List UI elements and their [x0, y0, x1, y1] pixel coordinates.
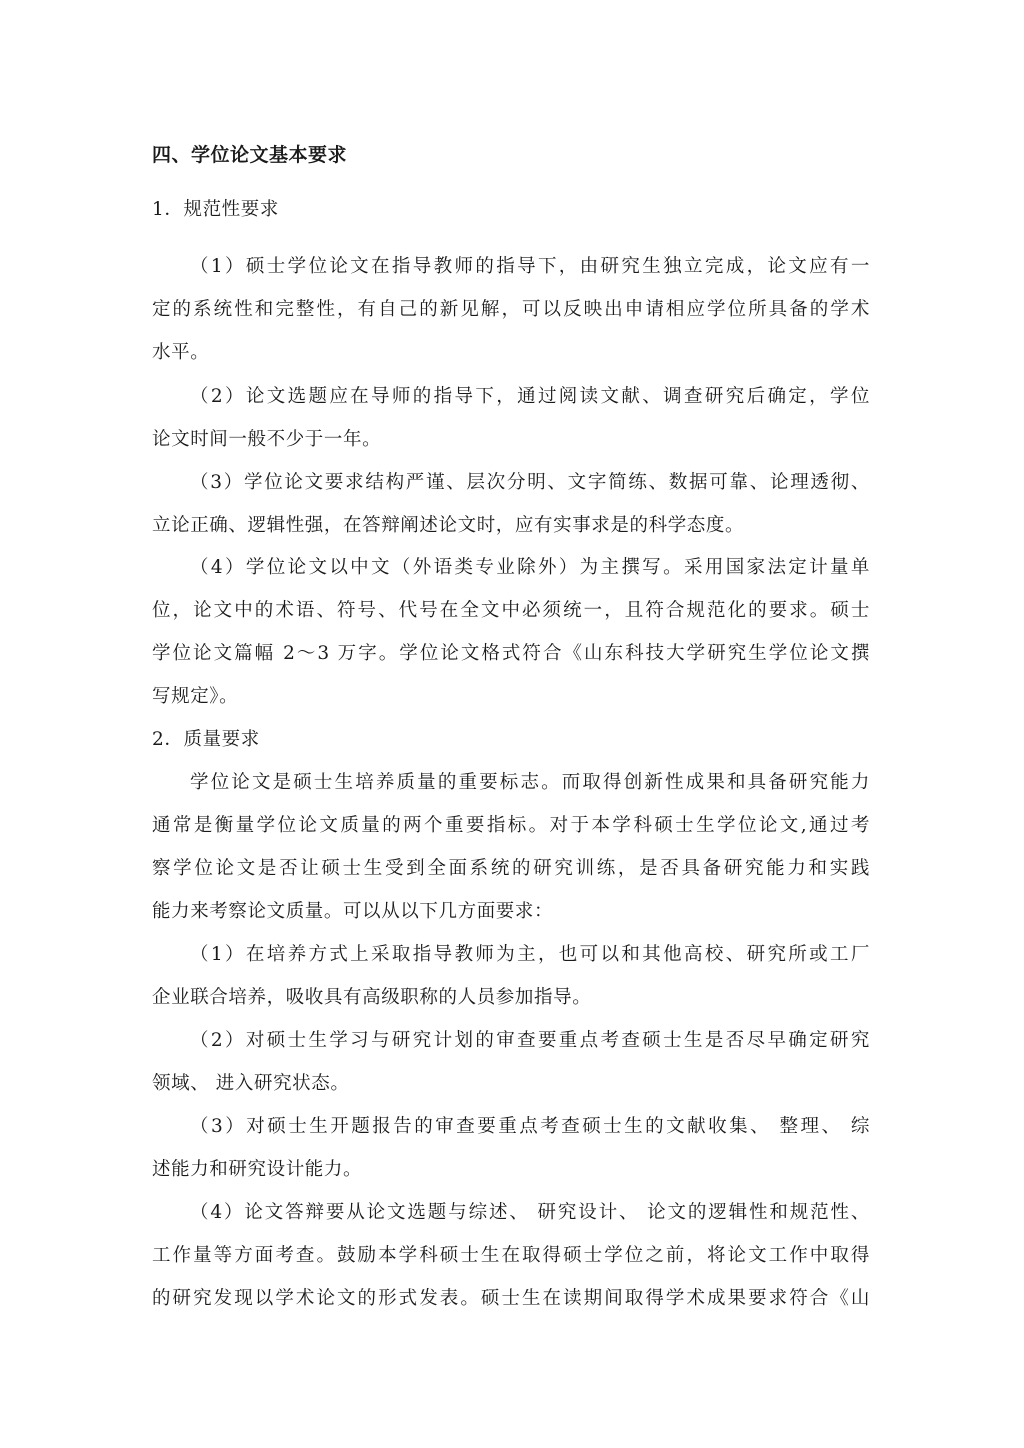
paragraph-line: 能力来考察论文质量。可以从以下几方面要求：: [152, 900, 870, 924]
paragraph-line: （1）在培养方式上采取指导教师为主，也可以和其他高校、研究所或工厂: [152, 943, 870, 967]
paragraph-line: 企业联合培养，吸收具有高级职称的人员参加指导。: [152, 986, 870, 1010]
paragraph-line: 的研究发现以学术论文的形式发表。硕士生在读期间取得学术成果要求符合《山: [152, 1287, 870, 1311]
paragraph-line: （2）论文选题应在导师的指导下，通过阅读文献、调查研究后确定，学位: [152, 385, 870, 409]
section-title: 四、学位论文基本要求: [152, 143, 870, 167]
subsection-2-title: 2．质量要求: [152, 728, 870, 752]
paragraph-line: 学位论文篇幅 2～3 万字。学位论文格式符合《山东科技大学研究生学位论文撰: [152, 642, 870, 666]
paragraph-line: 述能力和研究设计能力。: [152, 1158, 870, 1182]
paragraph-line: 通常是衡量学位论文质量的两个重要指标。对于本学科硕士生学位论文,通过考: [152, 814, 870, 838]
paragraph-line: 定的系统性和完整性，有自己的新见解，可以反映出申请相应学位所具备的学术: [152, 298, 870, 322]
paragraph-line: 领域、 进入研究状态。: [152, 1072, 870, 1096]
paragraph-line: 察学位论文是否让硕士生受到全面系统的研究训练，是否具备研究能力和实践: [152, 857, 870, 881]
paragraph-line: （3）学位论文要求结构严谨、层次分明、文字简练、数据可靠、论理透彻、: [152, 471, 870, 495]
paragraph-line: （4）学位论文以中文（外语类专业除外）为主撰写。采用国家法定计量单: [152, 556, 870, 580]
paragraph-line: 学位论文是硕士生培养质量的重要标志。而取得创新性成果和具备研究能力: [152, 771, 870, 795]
paragraph-line: 位，论文中的术语、符号、代号在全文中必须统一，且符合规范化的要求。硕士: [152, 599, 870, 623]
paragraph-line: 工作量等方面考查。鼓励本学科硕士生在取得硕士学位之前，将论文工作中取得: [152, 1244, 870, 1268]
paragraph-line: 水平。: [152, 341, 870, 365]
paragraph-line: （4）论文答辩要从论文选题与综述、 研究设计、 论文的逻辑性和规范性、: [152, 1201, 870, 1225]
paragraph-line: （3）对硕士生开题报告的审查要重点考查硕士生的文献收集、 整理、 综: [152, 1115, 870, 1139]
paragraph-line: 写规定》。: [152, 685, 870, 709]
paragraph-line: 论文时间一般不少于一年。: [152, 428, 870, 452]
paragraph-line: （2）对硕士生学习与研究计划的审查要重点考查硕士生是否尽早确定研究: [152, 1029, 870, 1053]
subsection-1-title: 1．规范性要求: [152, 198, 870, 222]
paragraph-line: （1）硕士学位论文在指导教师的指导下，由研究生独立完成，论文应有一: [152, 255, 870, 279]
paragraph-line: 立论正确、逻辑性强，在答辩阐述论文时，应有实事求是的科学态度。: [152, 514, 870, 538]
